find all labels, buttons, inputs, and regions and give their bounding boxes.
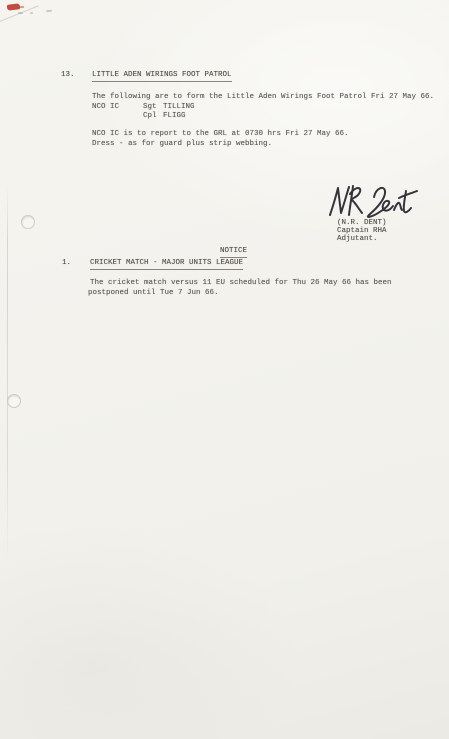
handwritten-signature [326,181,422,223]
paper-fold-line [7,185,8,565]
notice-body-line: postponed until Tue 7 Jun 66. [88,289,219,298]
punch-hole [21,215,35,229]
notice-body-line: The cricket match versus 11 EU scheduled… [90,279,392,288]
item13-heading: LITTLE ADEN WIRINGS FOOT PATROL [92,71,232,82]
roster-rank: Cpl [143,112,157,121]
item13-report-line: NCO IC is to report to the GRL at 0730 h… [92,130,349,139]
notice-item-number: 1. [62,259,71,268]
punch-hole [7,394,21,408]
roster-rank: Sgt [143,103,157,112]
scanned-document-page: 13. LITTLE ADEN WIRINGS FOOT PATROL The … [0,0,449,739]
item13-dress-line: Dress - as for guard plus strip webbing. [92,140,272,149]
faint-pencil-marks [18,10,62,16]
notice-item-heading: CRICKET MATCH - MAJOR UNITS LEAGUE [90,259,243,270]
item13-intro-line: The following are to form the Little Ade… [92,93,434,102]
notice-heading: NOTICE [220,247,247,258]
signature-appointment: Adjutant. [337,235,378,244]
item13-number: 13. [61,71,75,80]
roster-name: FLIGG [163,112,186,121]
roster-role: NCO IC [92,103,119,112]
roster-name: TILLING [163,103,195,112]
